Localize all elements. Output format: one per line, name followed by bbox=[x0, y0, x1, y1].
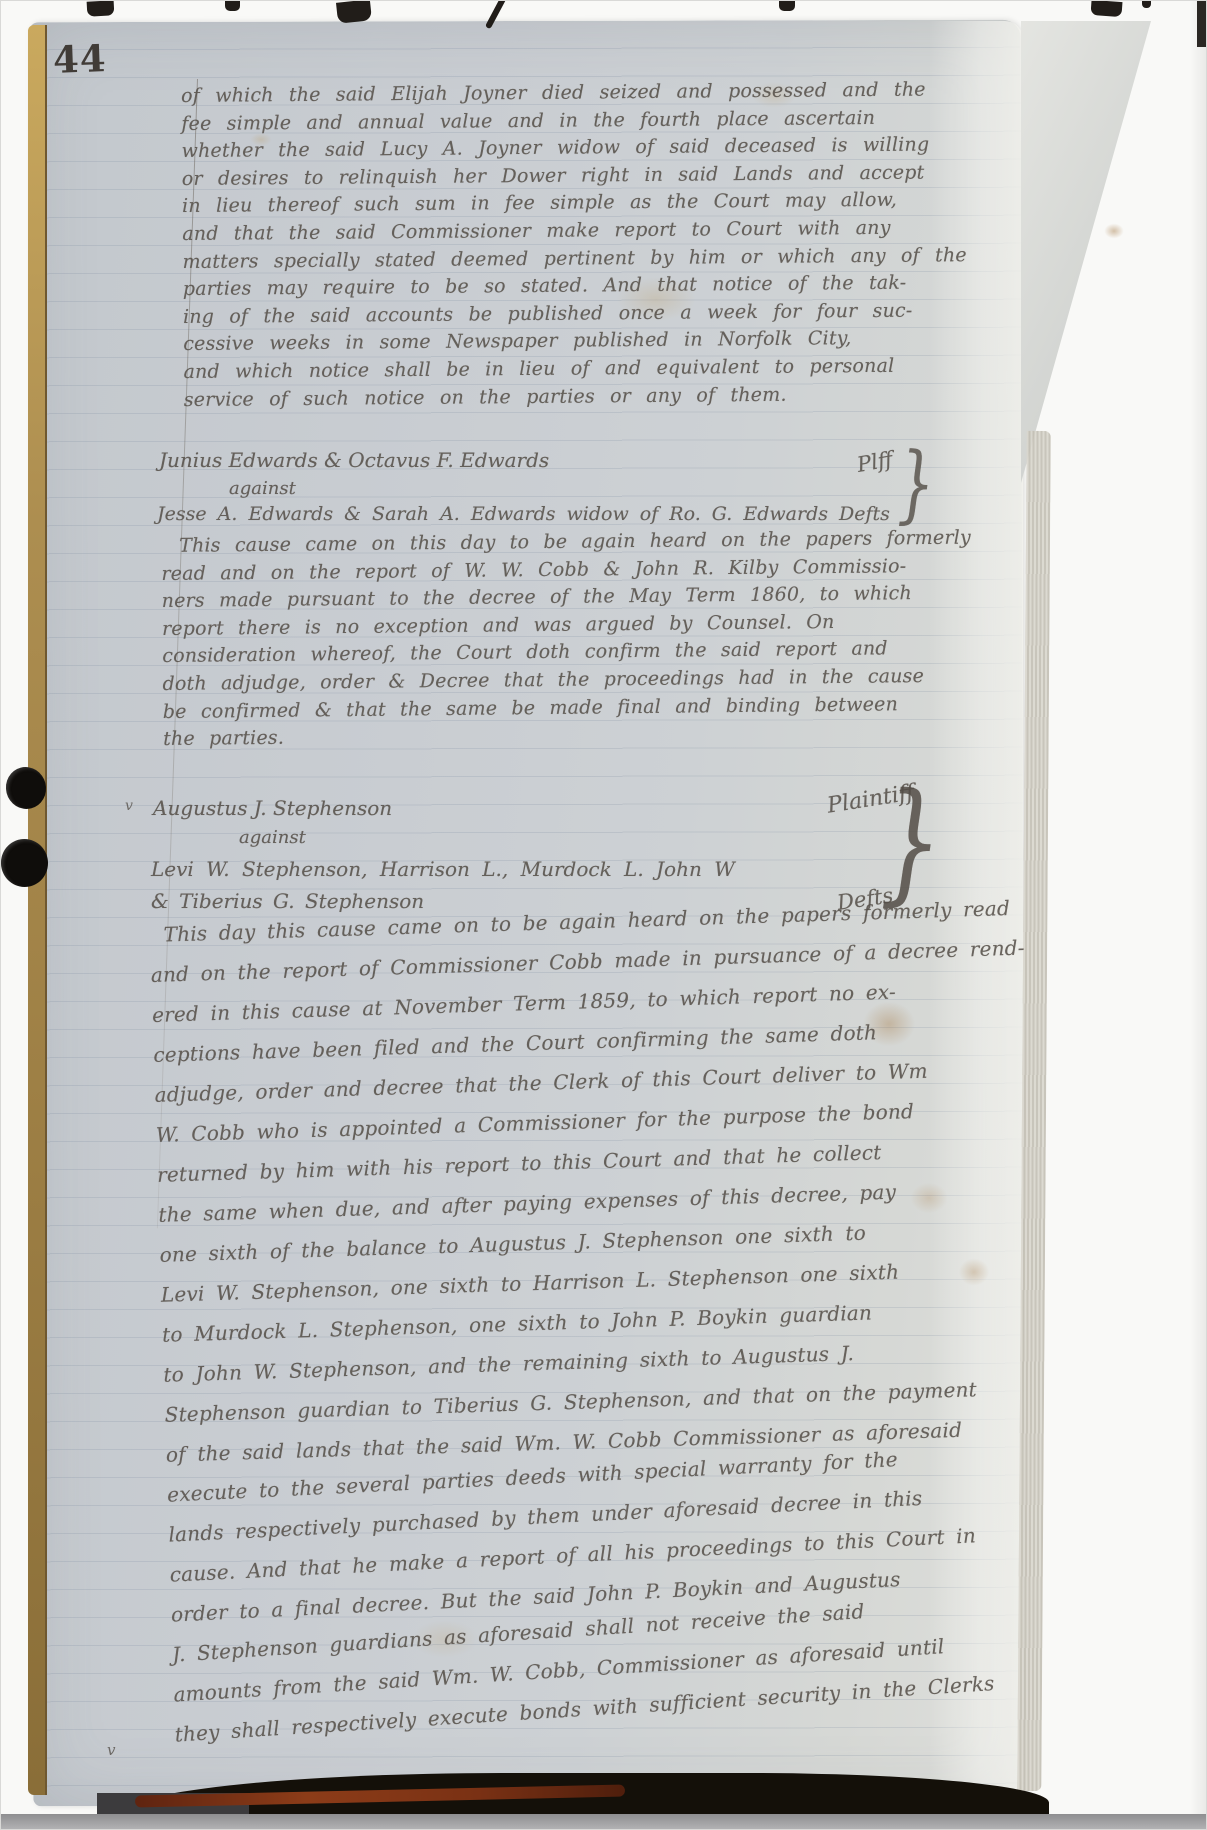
clamp-mark-icon bbox=[87, 0, 115, 16]
margin-check-mark: v bbox=[125, 798, 133, 814]
margin-check-mark: v bbox=[107, 1741, 115, 1759]
caption-bracket-icon: } bbox=[897, 441, 934, 525]
clamp-mark-icon bbox=[1197, 1, 1207, 47]
clamp-mark-icon bbox=[1142, 1, 1151, 8]
stephenson-case-plaintiff: Augustus J. Stephenson bbox=[153, 796, 392, 820]
clamp-mark-icon bbox=[1091, 0, 1123, 17]
stephenson-case-defendants-line1: Levi W. Stephenson, Harrison L., Murdock… bbox=[151, 857, 735, 881]
edwards-case-plaintiffs: Junius Edwards & Octavus F. Edwards bbox=[159, 448, 549, 472]
clamp-mark-icon bbox=[225, 1, 240, 11]
caption-bracket-icon: } bbox=[879, 781, 942, 903]
table-surface-strip bbox=[1, 1814, 1207, 1830]
edwards-case-decree-paragraph: This cause came on this day to be again … bbox=[161, 525, 953, 754]
edwards-case-against: against bbox=[229, 478, 296, 499]
book-spine-edge bbox=[28, 25, 47, 1795]
page-fold-corner bbox=[1021, 21, 1151, 483]
stephenson-case-decree-paragraph: This day this cause came on to be again … bbox=[149, 889, 990, 1754]
stephenson-case-against: against bbox=[239, 827, 306, 848]
page-number: 44 bbox=[52, 36, 107, 82]
photo-right-edge-shade bbox=[1189, 1, 1207, 1830]
paper-stain bbox=[1101, 221, 1127, 241]
clamp-mark-icon bbox=[779, 1, 795, 11]
clamp-mark-icon bbox=[336, 0, 372, 24]
continuation-paragraph: of which the said Elijah Joyner died sei… bbox=[181, 76, 959, 414]
edwards-case-defendants: Jesse A. Edwards & Sarah A. Edwards wido… bbox=[157, 503, 890, 525]
scanned-ledger-page: 44 of which the said Elijah Joyner died … bbox=[0, 0, 1207, 1830]
